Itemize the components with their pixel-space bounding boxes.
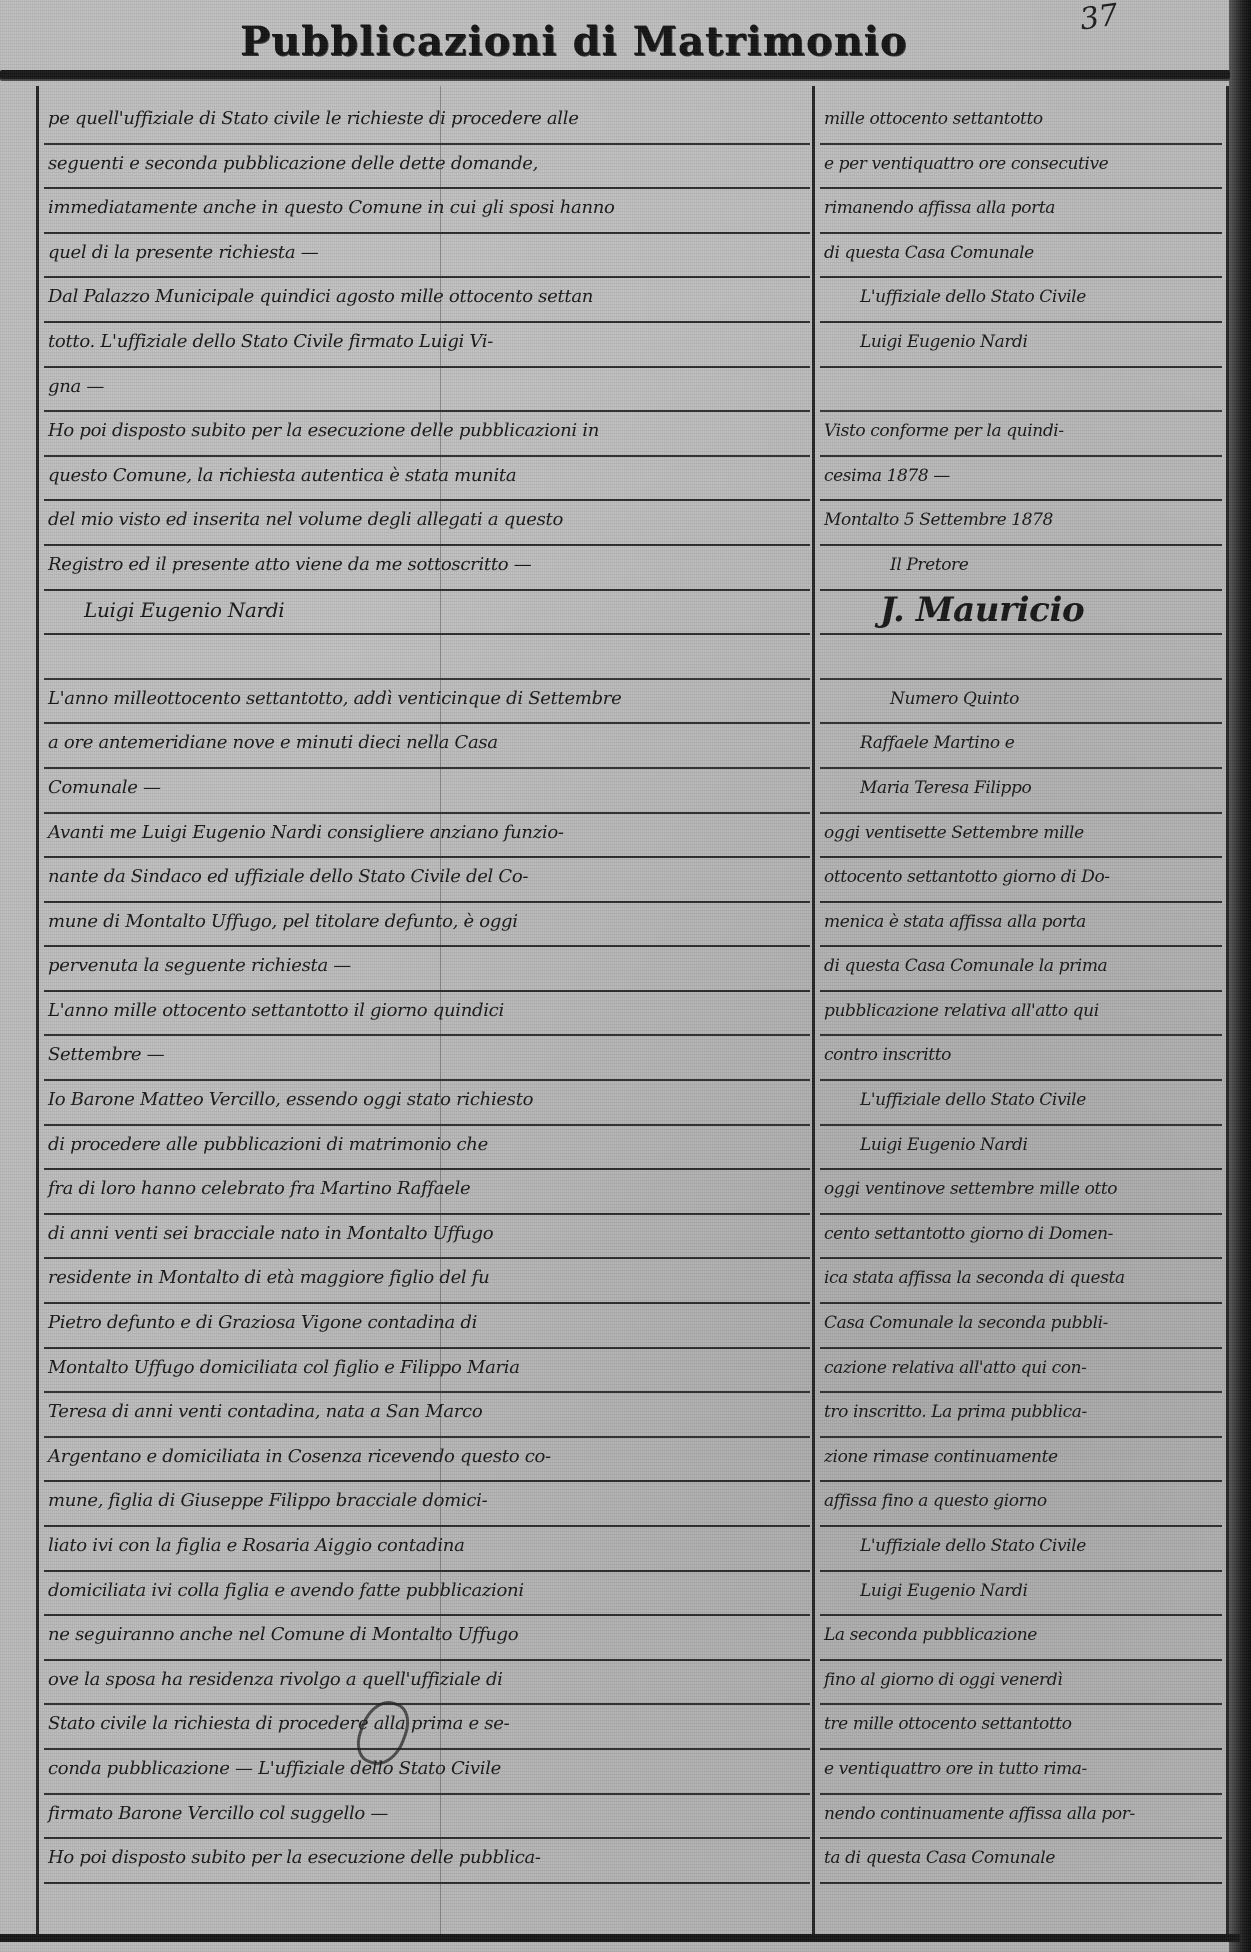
text-line: conda pubblicazione — L'uffiziale dello …: [44, 1750, 810, 1795]
text-line: di questa Casa Comunale la prima: [820, 947, 1222, 992]
right-margin-rule: [1226, 86, 1229, 1936]
text-line: tro inscritto. La prima pubblica-: [820, 1393, 1222, 1438]
text-line: Registro ed il presente atto viene da me…: [44, 546, 810, 591]
text-line: immediatamente anche in questo Comune in…: [44, 189, 810, 234]
text-line: pe quell'uffiziale di Stato civile le ri…: [44, 100, 810, 145]
text-line: Casa Comunale la seconda pubbli-: [820, 1304, 1222, 1349]
text-line: quel di la presente richiesta —: [44, 234, 810, 279]
text-line: Ho poi disposto subito per la esecuzione…: [44, 412, 810, 457]
entry-number: Numero Quinto: [820, 680, 1222, 725]
text-line: L'anno milleottocento settantotto, addì …: [44, 680, 810, 725]
text-line: L'uffiziale dello Stato Civile: [820, 278, 1222, 323]
text-line: cento settantotto giorno di Domen-: [820, 1215, 1222, 1260]
text-line: e ventiquattro ore in tutto rima-: [820, 1750, 1222, 1795]
text-line: Pietro defunto e di Graziosa Vigone cont…: [44, 1304, 810, 1349]
signature-line: J. Mauricio: [820, 591, 1222, 636]
text-line: totto. L'uffiziale dello Stato Civile fi…: [44, 323, 810, 368]
text-line: L'anno mille ottocento settantotto il gi…: [44, 992, 810, 1037]
text-line: Montalto Uffugo domiciliata col figlio e…: [44, 1349, 810, 1394]
blank-line: [44, 635, 810, 680]
signature-line: Luigi Eugenio Nardi: [820, 1126, 1222, 1171]
signature-line: Luigi Eugenio Nardi: [820, 1572, 1222, 1617]
blank-line: [820, 635, 1222, 680]
text-line: Ho poi disposto subito per la esecuzione…: [44, 1839, 810, 1884]
text-line: di procedere alle pubblicazioni di matri…: [44, 1126, 810, 1171]
text-line: firmato Barone Vercillo col suggello —: [44, 1795, 810, 1840]
text-line: Il Pretore: [820, 546, 1222, 591]
text-line: L'uffiziale dello Stato Civile: [820, 1081, 1222, 1126]
right-column: mille ottocento settantotto e per ventiq…: [820, 100, 1222, 1884]
page-number: 37: [1078, 0, 1121, 37]
text-line: tre mille ottocento settantotto: [820, 1705, 1222, 1750]
text-line: liato ivi con la figlia e Rosaria Aiggio…: [44, 1527, 810, 1572]
footer-rule: [0, 1934, 1240, 1942]
text-line: rimanendo affissa alla porta: [820, 189, 1222, 234]
text-line: Visto conforme per la quindi-: [820, 412, 1222, 457]
text-line: pervenuta la seguente richiesta —: [44, 947, 810, 992]
text-line: Stato civile la richiesta di procedere a…: [44, 1705, 810, 1750]
blank-line: [820, 368, 1222, 413]
text-line: cazione relativa all'atto qui con-: [820, 1349, 1222, 1394]
text-line: mille ottocento settantotto: [820, 100, 1222, 145]
text-line: del mio visto ed inserita nel volume deg…: [44, 501, 810, 546]
page-binding-edge: [1229, 0, 1251, 1952]
left-margin-rule: [36, 86, 39, 1936]
bride-name: Maria Teresa Filippo: [820, 769, 1222, 814]
text-line: ne seguiranno anche nel Comune di Montal…: [44, 1616, 810, 1661]
text-line: Io Barone Matteo Vercillo, essendo oggi …: [44, 1081, 810, 1126]
text-line: di anni venti sei bracciale nato in Mont…: [44, 1215, 810, 1260]
text-line: oggi ventisette Settembre mille: [820, 814, 1222, 859]
text-line: mune, figlia di Giuseppe Filippo braccia…: [44, 1482, 810, 1527]
text-line: mune di Montalto Uffugo, pel titolare de…: [44, 903, 810, 948]
text-line: e per ventiquattro ore consecutive: [820, 145, 1222, 190]
text-line: ove la sposa ha residenza rivolgo a quel…: [44, 1661, 810, 1706]
text-line: fra di loro hanno celebrato fra Martino …: [44, 1170, 810, 1215]
text-line: Settembre —: [44, 1036, 810, 1081]
text-line: Teresa di anni venti contadina, nata a S…: [44, 1393, 810, 1438]
text-line: ottocento settantotto giorno di Do-: [820, 858, 1222, 903]
text-line: nante da Sindaco ed uffiziale dello Stat…: [44, 858, 810, 903]
text-line: Argentano e domiciliata in Cosenza ricev…: [44, 1438, 810, 1483]
text-line: L'uffiziale dello Stato Civile: [820, 1527, 1222, 1572]
text-line: domiciliata ivi colla figlia e avendo fa…: [44, 1572, 810, 1617]
text-line: a ore antemeridiane nove e minuti dieci …: [44, 724, 810, 769]
signature-line: Luigi Eugenio Nardi: [820, 323, 1222, 368]
header-rule: [0, 70, 1230, 79]
text-line: nendo continuamente affissa alla por-: [820, 1795, 1222, 1840]
text-line: gna —: [44, 368, 810, 413]
text-line: contro inscritto: [820, 1036, 1222, 1081]
signature-line: Luigi Eugenio Nardi: [44, 591, 810, 636]
text-line: affissa fino a questo giorno: [820, 1482, 1222, 1527]
text-line: Dal Palazzo Municipale quindici agosto m…: [44, 278, 810, 323]
text-line: Montalto 5 Settembre 1878: [820, 501, 1222, 546]
text-line: zione rimase continuamente: [820, 1438, 1222, 1483]
text-line: Avanti me Luigi Eugenio Nardi consiglier…: [44, 814, 810, 859]
column-divider: [812, 86, 815, 1936]
text-line: fino al giorno di oggi venerdì: [820, 1661, 1222, 1706]
text-line: residente in Montalto di età maggiore fi…: [44, 1259, 810, 1304]
text-line: questo Comune, la richiesta autentica è …: [44, 457, 810, 502]
text-line: Comunale —: [44, 769, 810, 814]
text-line: seguenti e seconda pubblicazione delle d…: [44, 145, 810, 190]
text-line: ta di questa Casa Comunale: [820, 1839, 1222, 1884]
text-line: pubblicazione relativa all'atto qui: [820, 992, 1222, 1037]
groom-name: Raffaele Martino e: [820, 724, 1222, 769]
text-line: La seconda pubblicazione: [820, 1616, 1222, 1661]
text-line: menica è stata affissa alla porta: [820, 903, 1222, 948]
text-line: di questa Casa Comunale: [820, 234, 1222, 279]
text-line: ica stata affissa la seconda di questa: [820, 1259, 1222, 1304]
scanned-register-page: 37 Pubblicazioni di Matrimonio pe quell'…: [0, 0, 1251, 1952]
left-column: pe quell'uffiziale di Stato civile le ri…: [44, 100, 810, 1884]
text-line: oggi ventinove settembre mille otto: [820, 1170, 1222, 1215]
text-line: cesima 1878 —: [820, 457, 1222, 502]
page-title: Pubblicazioni di Matrimonio: [240, 18, 908, 65]
